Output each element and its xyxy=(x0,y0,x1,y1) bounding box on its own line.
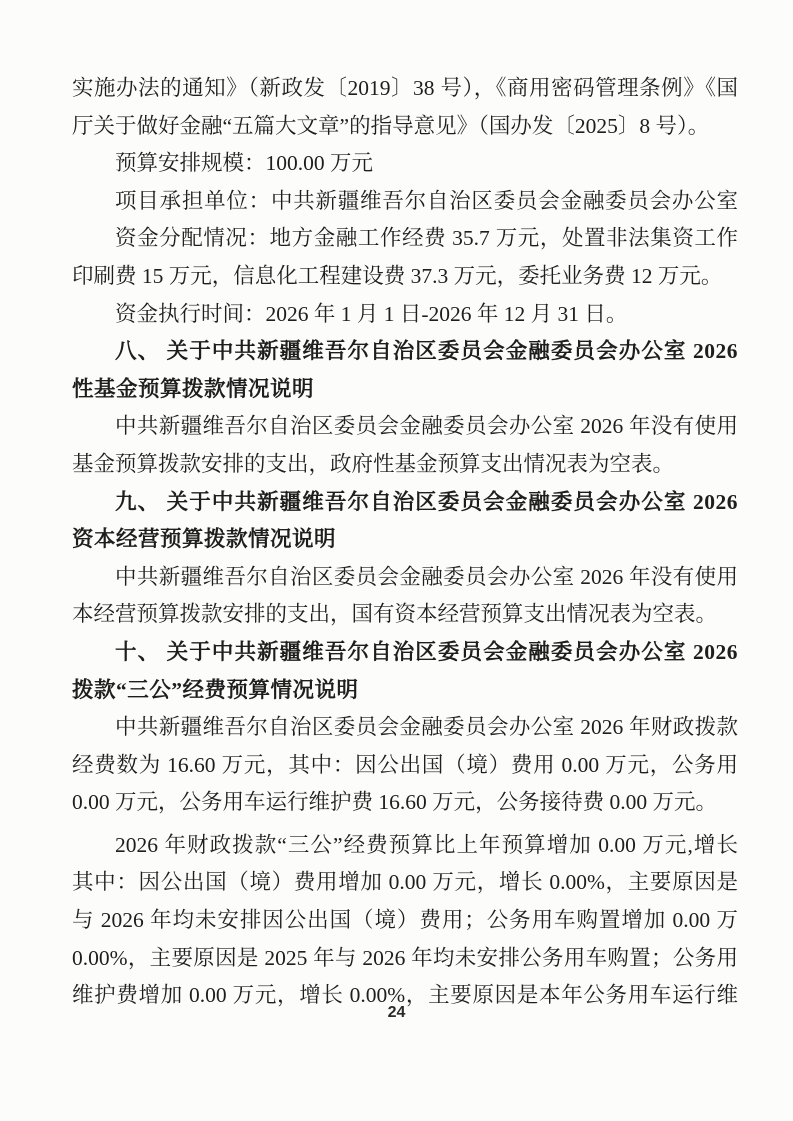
section-heading: 九、 关于中共新疆维吾尔自治区委员会金融委员会办公室 2026 年国有资本经营预… xyxy=(72,484,738,559)
heading-line: 八、 关于中共新疆维吾尔自治区委员会金融委员会办公室 2026 年政府 xyxy=(72,333,738,371)
text-line: 中共新疆维吾尔自治区委员会金融委员会办公室 2026 年没有使用政府性 xyxy=(72,408,738,446)
paragraph: 中共新疆维吾尔自治区委员会金融委员会办公室 2026 年财政拨款“三公”经费数为… xyxy=(72,709,738,822)
page-number: 24 xyxy=(0,1004,793,1022)
text-line: 基金预算拨款安排的支出，政府性基金预算支出情况表为空表。 xyxy=(72,446,738,484)
text-line: 经费数为 16.60 万元，其中：因公出国（境）费用 0.00 万元，公务用车购… xyxy=(72,747,738,785)
text-line: 与 2026 年均未安排因公出国（境）费用；公务用车购置增加 0.00 万元，增… xyxy=(72,902,738,940)
paragraph: 资金执行时间：2026 年 1 月 1 日-2026 年 12 月 31 日。 xyxy=(72,296,738,334)
text-line: 0.00 万元，公务用车运行维护费 16.60 万元，公务接待费 0.00 万元… xyxy=(72,784,738,822)
paragraph: 资金分配情况：地方金融工作经费 35.7 万元，处置非法集资工作宣传及印刷费 1… xyxy=(72,220,738,295)
section-heading: 八、 关于中共新疆维吾尔自治区委员会金融委员会办公室 2026 年政府性基金预算… xyxy=(72,333,738,408)
text-line: 本经营预算拨款安排的支出，国有资本经营预算支出情况表为空表。 xyxy=(72,596,738,634)
text-line: 实施办法的通知》（新政发〔2019〕38 号），《商用密码管理条例》《国务院办公 xyxy=(72,70,738,108)
text-line: 2026 年财政拨款“三公”经费预算比上年预算增加 0.00 万元,增长 0.0… xyxy=(72,827,738,865)
text-line: 中共新疆维吾尔自治区委员会金融委员会办公室 2026 年没有使用国有资 xyxy=(72,559,738,597)
text-line: 预算安排规模：100.00 万元 xyxy=(72,145,738,183)
text-line: 印刷费 15 万元，信息化工程建设费 37.3 万元，委托业务费 12 万元。 xyxy=(72,258,738,296)
paragraph: 项目承担单位：中共新疆维吾尔自治区委员会金融委员会办公室（本级） xyxy=(72,183,738,221)
heading-line: 资本经营预算拨款情况说明 xyxy=(72,521,738,559)
text-line: 其中：因公出国（境）费用增加 0.00 万元，增长 0.00%，主要原因是 20… xyxy=(72,864,738,902)
text-line: 中共新疆维吾尔自治区委员会金融委员会办公室 2026 年财政拨款“三公” xyxy=(72,709,738,747)
heading-line: 拨款“三公”经费预算情况说明 xyxy=(72,672,738,710)
section-heading: 十、 关于中共新疆维吾尔自治区委员会金融委员会办公室 2026 年财政拨款“三公… xyxy=(72,634,738,709)
text-line: 0.00%，主要原因是 2025 年与 2026 年均未安排公务用车购置；公务用… xyxy=(72,940,738,978)
paragraph: 预算安排规模：100.00 万元 xyxy=(72,145,738,183)
document-content: 实施办法的通知》（新政发〔2019〕38 号），《商用密码管理条例》《国务院办公… xyxy=(72,70,738,1015)
heading-line: 性基金预算拨款情况说明 xyxy=(72,371,738,409)
heading-line: 九、 关于中共新疆维吾尔自治区委员会金融委员会办公室 2026 年国有 xyxy=(72,484,738,522)
paragraph: 中共新疆维吾尔自治区委员会金融委员会办公室 2026 年没有使用国有资本经营预算… xyxy=(72,559,738,634)
paragraph: 中共新疆维吾尔自治区委员会金融委员会办公室 2026 年没有使用政府性基金预算拨… xyxy=(72,408,738,483)
text-line: 资金分配情况：地方金融工作经费 35.7 万元，处置非法集资工作宣传及 xyxy=(72,220,738,258)
paragraph: 2026 年财政拨款“三公”经费预算比上年预算增加 0.00 万元,增长 0.0… xyxy=(72,827,738,1015)
text-line: 资金执行时间：2026 年 1 月 1 日-2026 年 12 月 31 日。 xyxy=(72,296,738,334)
heading-line: 十、 关于中共新疆维吾尔自治区委员会金融委员会办公室 2026 年财政 xyxy=(72,634,738,672)
document-page: 实施办法的通知》（新政发〔2019〕38 号），《商用密码管理条例》《国务院办公… xyxy=(0,0,793,1121)
text-line: 厅关于做好金融“五篇大文章”的指导意见》（国办发〔2025〕8 号）。 xyxy=(72,108,738,146)
text-line: 项目承担单位：中共新疆维吾尔自治区委员会金融委员会办公室（本级） xyxy=(72,183,738,221)
paragraph: 实施办法的通知》（新政发〔2019〕38 号），《商用密码管理条例》《国务院办公… xyxy=(72,70,738,145)
